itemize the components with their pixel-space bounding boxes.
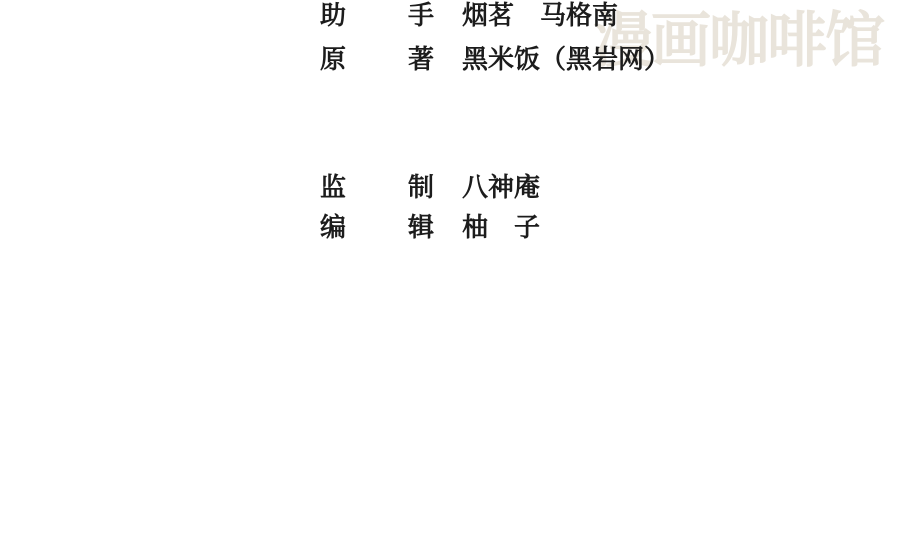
credit-line-original-author: 原 著 黑米饭（黑岩网） xyxy=(320,46,670,72)
role-char-first: 助 xyxy=(320,2,346,28)
credit-role-label: 原 著 xyxy=(320,46,434,72)
role-char-first: 监 xyxy=(320,174,346,200)
credit-role-label: 助 手 xyxy=(320,2,434,28)
credit-line-assistant: 助 手 烟茗 马格南 xyxy=(320,2,618,28)
credit-names: 黑米饭（黑岩网） xyxy=(462,46,670,72)
credit-role-label: 编 辑 xyxy=(320,214,434,240)
credit-line-editor: 编 辑 柚 子 xyxy=(320,214,540,240)
credit-line-supervisor: 监 制 八神庵 xyxy=(320,174,540,200)
credit-role-label: 监 制 xyxy=(320,174,434,200)
role-char-first: 原 xyxy=(320,46,346,72)
credit-names: 烟茗 马格南 xyxy=(462,2,618,28)
comic-credits-page: 漫画咖啡馆 助 手 烟茗 马格南 原 著 黑米饭（黑岩网） 监 制 八神庵 编 … xyxy=(0,0,900,534)
role-char-second: 辑 xyxy=(408,214,434,240)
role-char-second: 制 xyxy=(408,174,434,200)
role-char-first: 编 xyxy=(320,214,346,240)
credit-names: 八神庵 xyxy=(462,174,540,200)
role-char-second: 著 xyxy=(408,46,434,72)
role-char-second: 手 xyxy=(408,2,434,28)
credit-names: 柚 子 xyxy=(462,214,540,240)
